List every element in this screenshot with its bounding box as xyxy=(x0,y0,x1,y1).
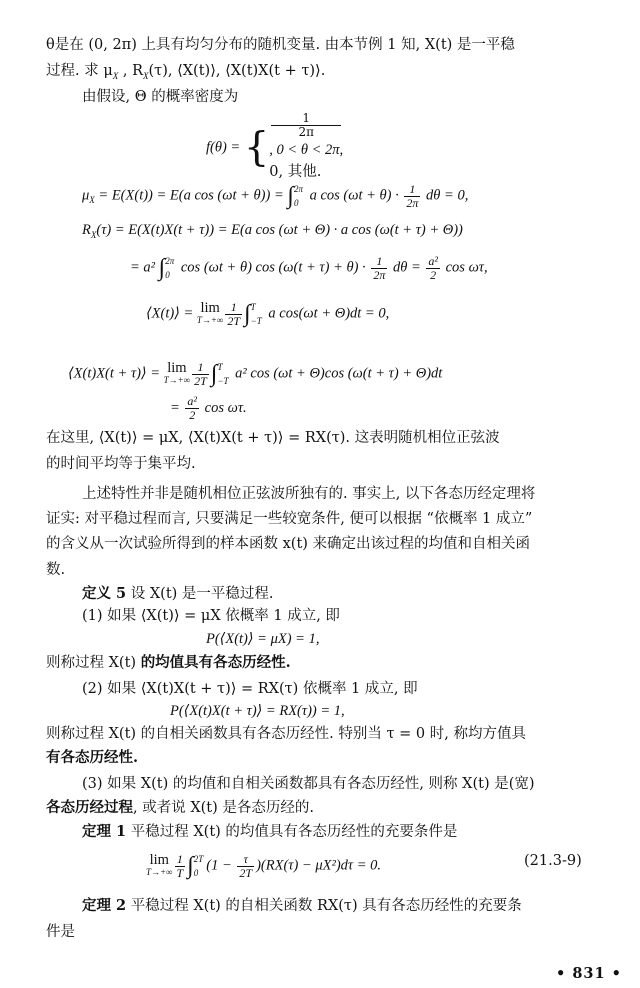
paragraph-text: 上述特性并非是随机相位正弦波所独有的. 事实上, 以下各态历经定理将 xyxy=(82,486,535,502)
equation-text: cos (ωt + θ) cos (ω(t + τ) + θ) · xyxy=(177,259,369,275)
limit: limT→+∞ xyxy=(146,854,173,878)
equation-text: cos ωτ, xyxy=(442,259,488,275)
text-line: 过程. 求 μX , RX(τ), ⟨X(t)⟩, ⟨X(t)X(t + τ)⟩… xyxy=(46,62,325,85)
paragraph-text: 的时间平均等于集平均. xyxy=(46,456,196,472)
numerator: 1 xyxy=(271,112,341,126)
paragraph-text: 过程. 求 μ xyxy=(46,63,113,79)
paragraph-text: 设 X(t) 是一平稳过程. xyxy=(126,586,273,602)
denominator: 2T xyxy=(225,315,242,328)
numerator: 1 xyxy=(225,301,242,315)
fraction: τ2T xyxy=(237,853,254,880)
lower-limit: 0 xyxy=(165,268,174,282)
integral-icon: ∫ xyxy=(287,183,294,209)
bold-term: 有各态历经性. xyxy=(46,749,138,766)
upper-limit: 2π xyxy=(165,254,174,268)
equation-text: = E(X(t)) = E(a cos (ωt + θ)) = xyxy=(95,187,288,203)
bold-term: 的均值具有各态历经性. xyxy=(141,654,291,671)
lim-label: lim xyxy=(146,854,173,866)
numerator: a² xyxy=(426,255,440,269)
theorem-2-heading: 定理 2 平稳过程 X(t) 的自相关函数 RX(τ) 具有各态历经性的充要条 xyxy=(82,897,522,915)
text-line: 在这里, ⟨X(t)⟩ = μX, ⟨X(t)X(t + τ)⟩ = RX(τ)… xyxy=(46,429,500,447)
equation-time-autocorr: ⟨X(t)X(t + τ)⟩ = limT→+∞12T∫T−T a² cos (… xyxy=(68,360,442,388)
upper-limit: T xyxy=(217,360,228,374)
equation-text: (τ) = E(X(t)X(t + τ)) = E(a cos (ωt + Θ)… xyxy=(96,222,463,238)
numerator: 1 xyxy=(404,183,420,197)
equation-lhs: ⟨X(t)⟩ = xyxy=(146,305,197,321)
fraction: 12π xyxy=(404,183,420,210)
equation-text: a cos(ωt + Θ)dt = 0, xyxy=(265,305,389,321)
definition-item-2: (2) 如果 ⟨X(t)X(t + τ)⟩ = RX(τ) 依概率 1 成立, … xyxy=(82,680,418,698)
definition-item-1-equation: P(⟨X(t)⟩ = μX) = 1, xyxy=(206,630,319,648)
equation-time-average: ⟨X(t)⟩ = limT→+∞12T∫T−T a cos(ωt + Θ)dt … xyxy=(146,300,389,328)
paragraph-text: (τ), ⟨X(t)⟩, ⟨X(t)X(t + τ)⟩. xyxy=(149,63,326,79)
equation-text: cos ωτ. xyxy=(201,400,247,416)
text-line: 数. xyxy=(46,561,65,579)
paragraph-text: θ是在 (0, 2π) 上具有均匀分布的随机变量. 由本节例 1 知, X(t)… xyxy=(46,37,515,53)
brace-symbol: { xyxy=(244,125,269,171)
upper-limit: T xyxy=(251,300,262,314)
theorem-label: 定理 2 xyxy=(82,897,126,914)
equation-text: dθ = 0, xyxy=(422,187,468,203)
paragraph-text: 由假设, Θ 的概率密度为 xyxy=(82,89,238,105)
integral-icon: ∫ xyxy=(159,255,166,281)
equation-time-autocorr-cont: = a²2 cos ωτ. xyxy=(170,395,247,422)
integral-limits: 2π0 xyxy=(165,254,174,282)
equation-mean: μX = E(X(t)) = E(a cos (ωt + θ)) = ∫2π0 … xyxy=(82,182,468,210)
fraction: 1T xyxy=(175,853,186,880)
integral-icon: ∫ xyxy=(187,853,194,879)
denominator: 2T xyxy=(192,375,209,388)
case-1: 12π, 0 < θ < 2π, xyxy=(269,112,343,161)
cases: 12π, 0 < θ < 2π, 0, 其他. xyxy=(269,112,343,183)
theorem-label: 定理 1 xyxy=(82,823,126,840)
definition-item-2-conclusion-cont: 有各态历经性. xyxy=(46,749,138,767)
theorem-1-equation: limT→+∞1T∫2T0(1 − τ2T)(RX(τ) − μX²)dτ = … xyxy=(146,852,381,880)
paragraph-text: 证实: 对平稳过程而言, 只要满足一些较宽条件, 便可以根据 “依概率 1 成立… xyxy=(46,511,532,527)
paragraph-text: 的含义从一次试验所得到的样本函数 x(t) 来确定出该过程的均值和自相关函 xyxy=(46,536,530,552)
bold-term: 各态历经过程 xyxy=(46,799,133,816)
theorem-1-heading: 定理 1 平稳过程 X(t) 的均值具有各态历经性的充要条件是 xyxy=(82,823,457,841)
numerator: 1 xyxy=(371,255,387,269)
paragraph-text: (2) 如果 ⟨X(t)X(t + τ)⟩ = RX(τ) 依概率 1 成立, … xyxy=(82,681,418,697)
equation-text: dθ = xyxy=(389,259,424,275)
definition-item-3: (3) 如果 X(t) 的均值和自相关函数都具有各态历经性, 则称 X(t) 是… xyxy=(82,775,535,793)
lim-label: lim xyxy=(197,302,224,314)
paragraph-text: , 或者说 X(t) 是各态历经的. xyxy=(133,800,314,816)
paragraph-text: (3) 如果 X(t) 的均值和自相关函数都具有各态历经性, 则称 X(t) 是… xyxy=(82,776,535,792)
lim-subscript: T→+∞ xyxy=(197,314,224,326)
theorem-2-cont: 件是 xyxy=(46,923,75,941)
equation-text: (1 − xyxy=(206,857,235,873)
fraction: a²2 xyxy=(185,395,199,422)
numerator: 1 xyxy=(192,361,209,375)
definition-item-1-conclusion: 则称过程 X(t) 的均值具有各态历经性. xyxy=(46,654,291,672)
paragraph-text: 则称过程 X(t) 的自相关函数具有各态历经性. 特别当 τ = 0 时, 称均… xyxy=(46,726,526,742)
equation-autocorr: RX(τ) = E(X(t)X(t + τ)) = E(a cos (ωt + … xyxy=(82,221,463,244)
fraction: 12T xyxy=(225,301,242,328)
equation-text: = xyxy=(170,400,183,416)
lim-subscript: T→+∞ xyxy=(164,374,191,386)
equation-text: a cos (ωt + θ) · xyxy=(306,187,402,203)
page-number: • 831 • xyxy=(556,965,622,983)
text-line: 的含义从一次试验所得到的样本函数 x(t) 来确定出该过程的均值和自相关函 xyxy=(46,535,530,553)
text-line: 由假设, Θ 的概率密度为 xyxy=(82,88,238,106)
case-2: 0, 其他. xyxy=(269,161,343,183)
paragraph-text: 在这里, ⟨X(t)⟩ = μX, ⟨X(t)X(t + τ)⟩ = RX(τ)… xyxy=(46,430,500,446)
numerator: a² xyxy=(185,395,199,409)
numerator: 1 xyxy=(175,853,186,867)
lower-limit: −T xyxy=(217,374,228,388)
lower-limit: −T xyxy=(251,314,262,328)
fraction: 12π xyxy=(271,112,341,139)
equation-text: )(RX(τ) − μX²)dτ = 0. xyxy=(256,857,381,873)
lim-subscript: T→+∞ xyxy=(146,866,173,878)
denominator: 2π xyxy=(404,197,420,210)
limit: limT→+∞ xyxy=(164,362,191,386)
denominator: 2 xyxy=(185,409,199,422)
text-line: 证实: 对平稳过程而言, 只要满足一些较宽条件, 便可以根据 “依概率 1 成立… xyxy=(46,510,532,528)
definition-item-3-cont: 各态历经过程, 或者说 X(t) 是各态历经的. xyxy=(46,799,314,817)
equation-lhs: ⟨X(t)X(t + τ)⟩ = xyxy=(68,365,164,381)
lower-limit: 0 xyxy=(194,866,204,880)
paragraph-text: 件是 xyxy=(46,924,75,940)
integral-icon: ∫ xyxy=(211,361,218,387)
denominator: 2π xyxy=(371,269,387,282)
text-line: 上述特性并非是随机相位正弦波所独有的. 事实上, 以下各态历经定理将 xyxy=(82,485,535,503)
integral-limits: 2π0 xyxy=(294,182,303,210)
denominator: 2 xyxy=(426,269,440,282)
definition-item-2-equation: P(⟨X(t)X(t + τ)⟩ = RX(τ)) = 1, xyxy=(170,702,345,720)
definition-heading: 定义 5 设 X(t) 是一平稳过程. xyxy=(82,585,274,603)
equation-text: = a² xyxy=(130,259,159,275)
equation-autocorr-cont: = a² ∫2π0 cos (ωt + θ) cos (ω(t + τ) + θ… xyxy=(130,254,488,282)
upper-limit: 2π xyxy=(294,182,303,196)
lower-limit: 0 xyxy=(294,196,303,210)
numerator: τ xyxy=(237,853,254,867)
fraction: 12π xyxy=(371,255,387,282)
integral-icon: ∫ xyxy=(244,301,251,327)
lim-label: lim xyxy=(164,362,191,374)
integral-limits: 2T0 xyxy=(194,852,204,880)
fraction: a²2 xyxy=(426,255,440,282)
integral-limits: T−T xyxy=(251,300,262,328)
fraction: 12T xyxy=(192,361,209,388)
text-line: θ是在 (0, 2π) 上具有均匀分布的随机变量. 由本节例 1 知, X(t)… xyxy=(46,36,515,54)
equation-number-label: (21.3-9) xyxy=(524,853,582,869)
definition-item-1: (1) 如果 ⟨X(t)⟩ = μX 依概率 1 成立, 即 xyxy=(82,607,340,625)
equation-pdf: f(θ) = { 12π, 0 < θ < 2π, 0, 其他. xyxy=(206,112,343,183)
definition-label: 定义 5 xyxy=(82,585,126,602)
upper-limit: 2T xyxy=(194,852,204,866)
case-condition: , 0 < θ < 2π, xyxy=(269,139,343,161)
paragraph-text: 则称过程 X(t) xyxy=(46,655,141,671)
paragraph-text: 平稳过程 X(t) 的自相关函数 RX(τ) 具有各态历经性的充要条 xyxy=(126,898,522,914)
equation-number: (21.3-9) xyxy=(524,852,582,870)
page-number-label: • 831 • xyxy=(556,965,622,982)
equation-lhs: R xyxy=(82,222,91,238)
text-line: 的时间平均等于集平均. xyxy=(46,455,196,473)
integral-limits: T−T xyxy=(217,360,228,388)
definition-item-2-conclusion: 则称过程 X(t) 的自相关函数具有各态历经性. 特别当 τ = 0 时, 称均… xyxy=(46,725,526,743)
equation-lhs: f(θ) = xyxy=(206,140,244,156)
paragraph-text: , R xyxy=(118,63,143,79)
equation-text: P(⟨X(t)⟩ = μX) = 1, xyxy=(206,631,319,647)
equation-text: a² cos (ωt + Θ)cos (ω(t + τ) + Θ)dt xyxy=(232,365,443,381)
limit: limT→+∞ xyxy=(197,302,224,326)
paragraph-text: (1) 如果 ⟨X(t)⟩ = μX 依概率 1 成立, 即 xyxy=(82,608,340,624)
paragraph-text: 平稳过程 X(t) 的均值具有各态历经性的充要条件是 xyxy=(126,824,457,840)
denominator: 2π xyxy=(271,126,341,139)
denominator: 2T xyxy=(237,867,254,880)
equation-text: P(⟨X(t)X(t + τ)⟩ = RX(τ)) = 1, xyxy=(170,703,345,719)
paragraph-text: 数. xyxy=(46,562,65,578)
denominator: T xyxy=(175,867,186,880)
